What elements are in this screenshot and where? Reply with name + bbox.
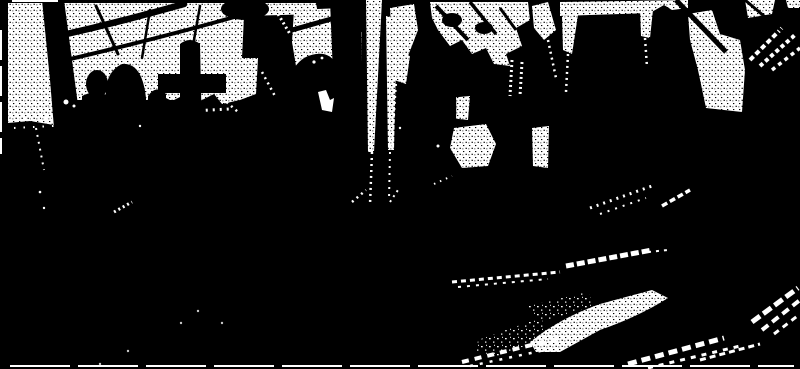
screenshot-canvas bbox=[0, 0, 800, 369]
lit-trunk-bar bbox=[532, 126, 549, 168]
photo-svg bbox=[0, 0, 800, 369]
cross-arm bbox=[158, 74, 226, 93]
halftone-photo bbox=[0, 0, 800, 369]
